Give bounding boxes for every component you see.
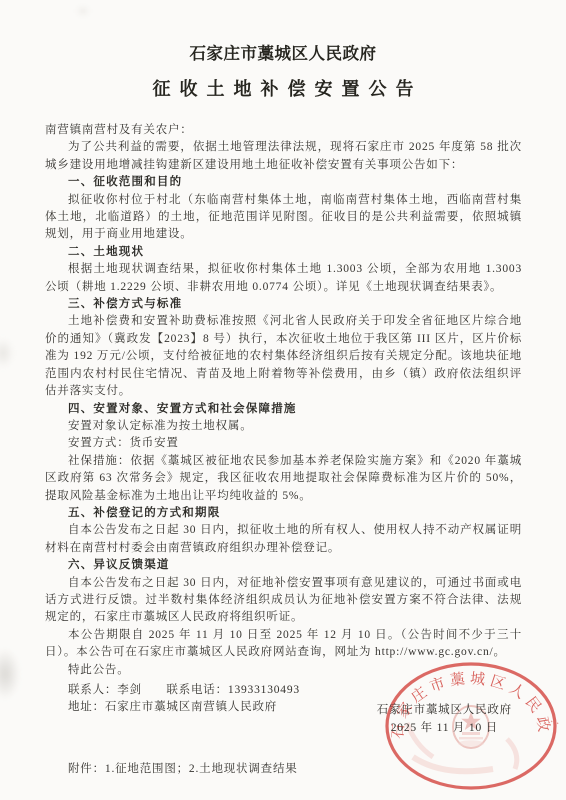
- section-paragraph: 自本公告发布之日起 30 日内，拟征收土地的所有权人、使用权人持不动产权属证明材…: [45, 522, 522, 557]
- title-block: 石家庄市藁城区人民政府 征收土地补偿安置公告: [0, 0, 566, 101]
- section-paragraph: 社保措施：依据《藁城区被征地农民参加基本养老保险实施方案》和《2020 年藁城区…: [45, 453, 522, 505]
- section-paragraph: 土地补偿费和安置补助费标准按照《河北省人民政府关于印发全省征地区片综合地价的通知…: [45, 313, 522, 400]
- section-heading: 五、补偿登记的方式和期限: [45, 505, 522, 522]
- document-page: 石家庄市藁城区人民政府 征收土地补偿安置公告 南营镇南营村及有关农户： 为了公共…: [0, 0, 566, 800]
- section-paragraph: 拟征收你村位于村北（东临南营村集体土地，南临南营村集体土地，西临南营村集体土地，…: [45, 192, 522, 244]
- sections-container: 一、征收范围和目的拟征收你村位于村北（东临南营村集体土地，南临南营村集体土地，西…: [45, 174, 522, 679]
- section-paragraph: 安置对象认定标准为按土地权属。: [45, 418, 522, 435]
- section-paragraph: 根据土地现状调查结果，拟征收你村集体土地 1.3003 公顷，全部为农用地 1.…: [45, 261, 522, 296]
- section-heading: 一、征收范围和目的: [45, 174, 522, 191]
- signature-org: 石家庄市藁城区人民政府: [377, 701, 512, 719]
- intro-paragraph: 为了公共利益的需要，依据土地管理法律法规，现将石家庄市 2025 年度第 58 …: [45, 139, 522, 174]
- notice-title: 征收土地补偿安置公告: [0, 77, 566, 101]
- salutation: 南营镇南营村及有关农户：: [45, 122, 522, 139]
- signature-date: 2025 年 11 月 10 日: [377, 719, 512, 737]
- section-heading: 二、土地现状: [45, 244, 522, 261]
- section-heading: 四、安置对象、安置方式和社会保障措施: [45, 401, 522, 418]
- page-title: 石家庄市藁城区人民政府: [0, 44, 566, 64]
- section-paragraph: 安置方式：货币安置: [45, 435, 522, 452]
- signature-block: 石家庄市藁城区人民政府 2025 年 11 月 10 日: [377, 701, 512, 737]
- section-paragraph: 自本公告发布之日起 30 日内，对征地补偿安置事项有意见建议的，可通过书面或电话…: [45, 575, 522, 627]
- section-paragraph: 本公告期限自 2025 年 11 月 10 日至 2025 年 12 月 10 …: [45, 627, 522, 662]
- section-heading: 六、异议反馈渠道: [45, 557, 522, 574]
- section-heading: 三、补偿方式与标准: [45, 296, 522, 313]
